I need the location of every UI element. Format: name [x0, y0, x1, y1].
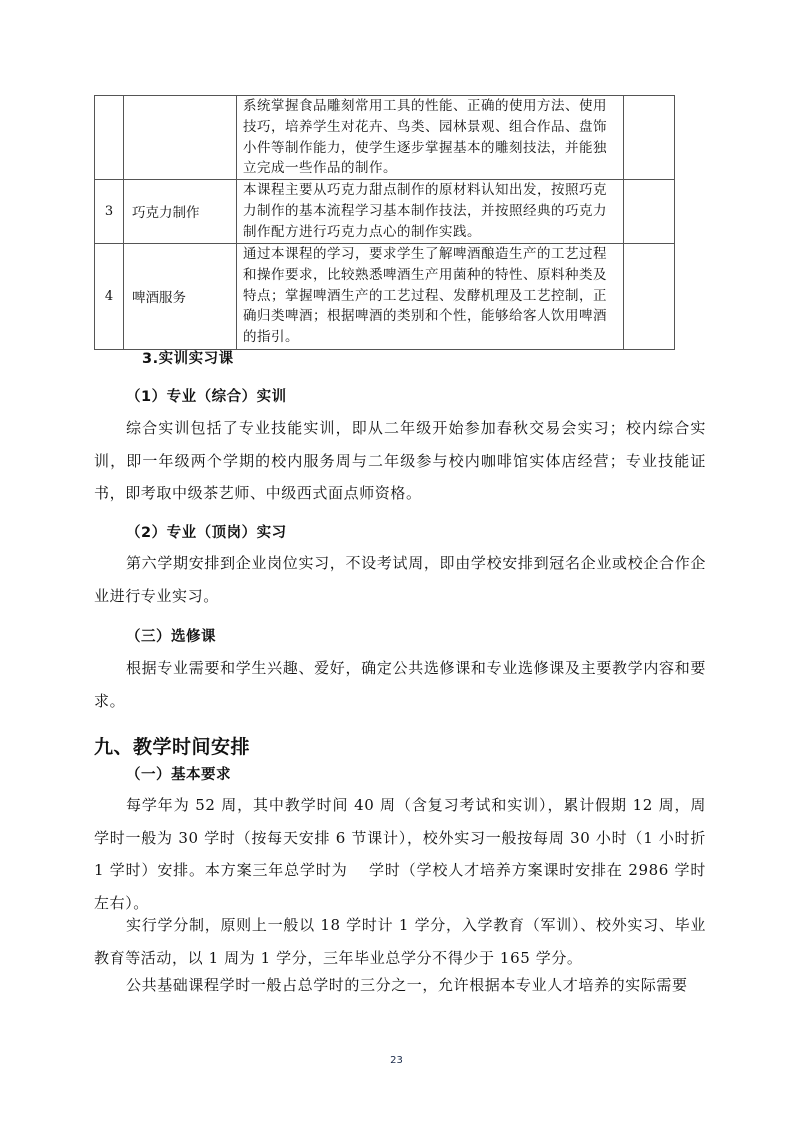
course-note [624, 243, 675, 349]
course-table: 系统掌握食品雕刻常用工具的性能、正确的使用方法、使用技巧，培养学生对花卉、鸟类、… [94, 95, 675, 350]
course-description: 本课程主要从巧克力甜点制作的原材料认知出发，按照巧克力制作的基本流程学习基本制作… [237, 180, 624, 243]
course-name: 巧克力制作 [124, 180, 237, 243]
paragraph-comprehensive: 综合实训包括了专业技能实训，即从二年级开始参加春秋交易会实习；校内综合实训，即一… [94, 412, 706, 510]
subsection-heading-basic: （一）基本要求 [126, 763, 231, 784]
paragraph-basic-2: 实行学分制，原则上一般以 18 学时计 1 学分，入学教育（军训）、校外实习、毕… [94, 909, 706, 974]
course-description: 通过本课程的学习，要求学生了解啤酒酿造生产的工艺过程和操作要求，比较熟悉啤酒生产… [237, 243, 624, 349]
section-heading-elective: （三）选修课 [126, 625, 216, 646]
paragraph-basic-3: 公共基础课程学时一般占总学时的三分之一，允许根据本专业人才培养的实际需要 [94, 969, 706, 1002]
course-note [624, 96, 675, 180]
row-number: 4 [95, 243, 124, 349]
table-row: 4 啤酒服务 通过本课程的学习，要求学生了解啤酒酿造生产的工艺过程和操作要求，比… [95, 243, 675, 349]
table-row: 3 巧克力制作 本课程主要从巧克力甜点制作的原材料认知出发，按照巧克力制作的基本… [95, 180, 675, 243]
row-number [95, 96, 124, 180]
row-number: 3 [95, 180, 124, 243]
course-description: 系统掌握食品雕刻常用工具的性能、正确的使用方法、使用技巧，培养学生对花卉、鸟类、… [237, 96, 624, 180]
paragraph-basic-1: 每学年为 52 周，其中教学时间 40 周（含复习考试和实训），累计假期 12 … [94, 789, 706, 919]
chapter-heading: 九、教学时间安排 [94, 732, 250, 759]
page-number: 23 [0, 1055, 793, 1066]
subsection-heading-comprehensive: （1）专业（综合）实训 [126, 385, 287, 406]
section-heading-practical: 3.实训实习课 [142, 347, 234, 368]
subsection-heading-internship: （2）专业（顶岗）实习 [126, 521, 287, 542]
course-name [124, 96, 237, 180]
course-name: 啤酒服务 [124, 243, 237, 349]
paragraph-internship: 第六学期安排到企业岗位实习，不设考试周，即由学校安排到冠名企业或校企合作企业进行… [94, 547, 706, 612]
paragraph-elective: 根据专业需要和学生兴趣、爱好，确定公共选修课和专业选修课及主要教学内容和要求。 [94, 652, 706, 717]
course-note [624, 180, 675, 243]
document-page: 系统掌握食品雕刻常用工具的性能、正确的使用方法、使用技巧，培养学生对花卉、鸟类、… [0, 0, 793, 1122]
table-row: 系统掌握食品雕刻常用工具的性能、正确的使用方法、使用技巧，培养学生对花卉、鸟类、… [95, 96, 675, 180]
